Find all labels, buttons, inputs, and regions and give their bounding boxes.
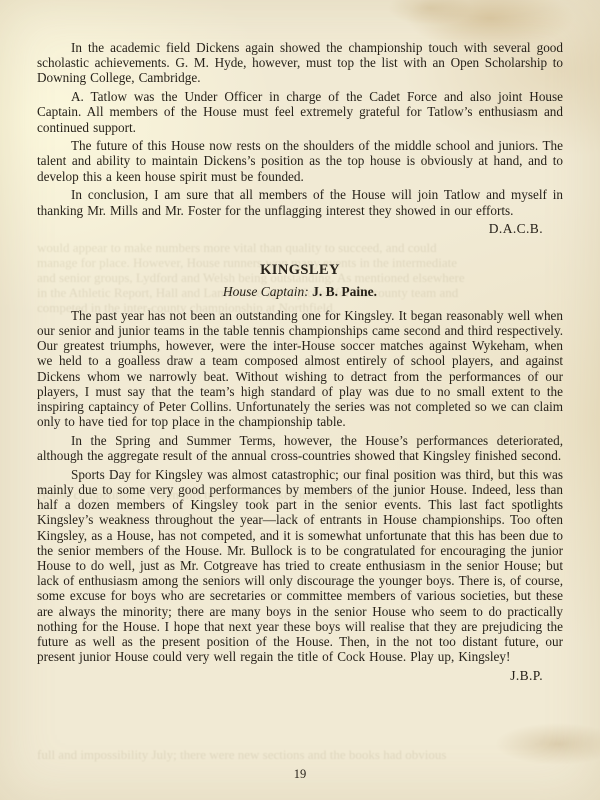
kingsley-paragraph: In the Spring and Summer Terms, however,…: [37, 433, 563, 463]
kingsley-signature: J.B.P.: [37, 668, 563, 684]
kingsley-heading: KINGSLEY: [37, 261, 563, 279]
page-number: 19: [0, 767, 600, 782]
kingsley-captain-line: House Captain: J. B. Paine.: [37, 284, 563, 300]
dickens-paragraph: In the academic field Dickens again show…: [37, 40, 563, 86]
captain-label: House Captain:: [223, 284, 309, 299]
captain-name: J. B. Paine.: [312, 284, 377, 299]
dickens-paragraph: The future of this House now rests on th…: [37, 138, 563, 184]
dickens-paragraph: A. Tatlow was the Under Officer in charg…: [37, 89, 563, 135]
dickens-signature: D.A.C.B.: [37, 221, 563, 237]
page-text-block: In the academic field Dickens again show…: [37, 40, 563, 683]
kingsley-paragraph: The past year has not been an outstandin…: [37, 308, 563, 430]
dickens-paragraph: In conclusion, I am sure that all member…: [37, 187, 563, 217]
kingsley-paragraph: Sports Day for Kingsley was almost catas…: [37, 467, 563, 665]
bleedthrough-text: full and impossibility July; there were …: [37, 747, 563, 762]
scanned-page: { "page": { "number": "19" }, "dickens_s…: [0, 0, 600, 800]
